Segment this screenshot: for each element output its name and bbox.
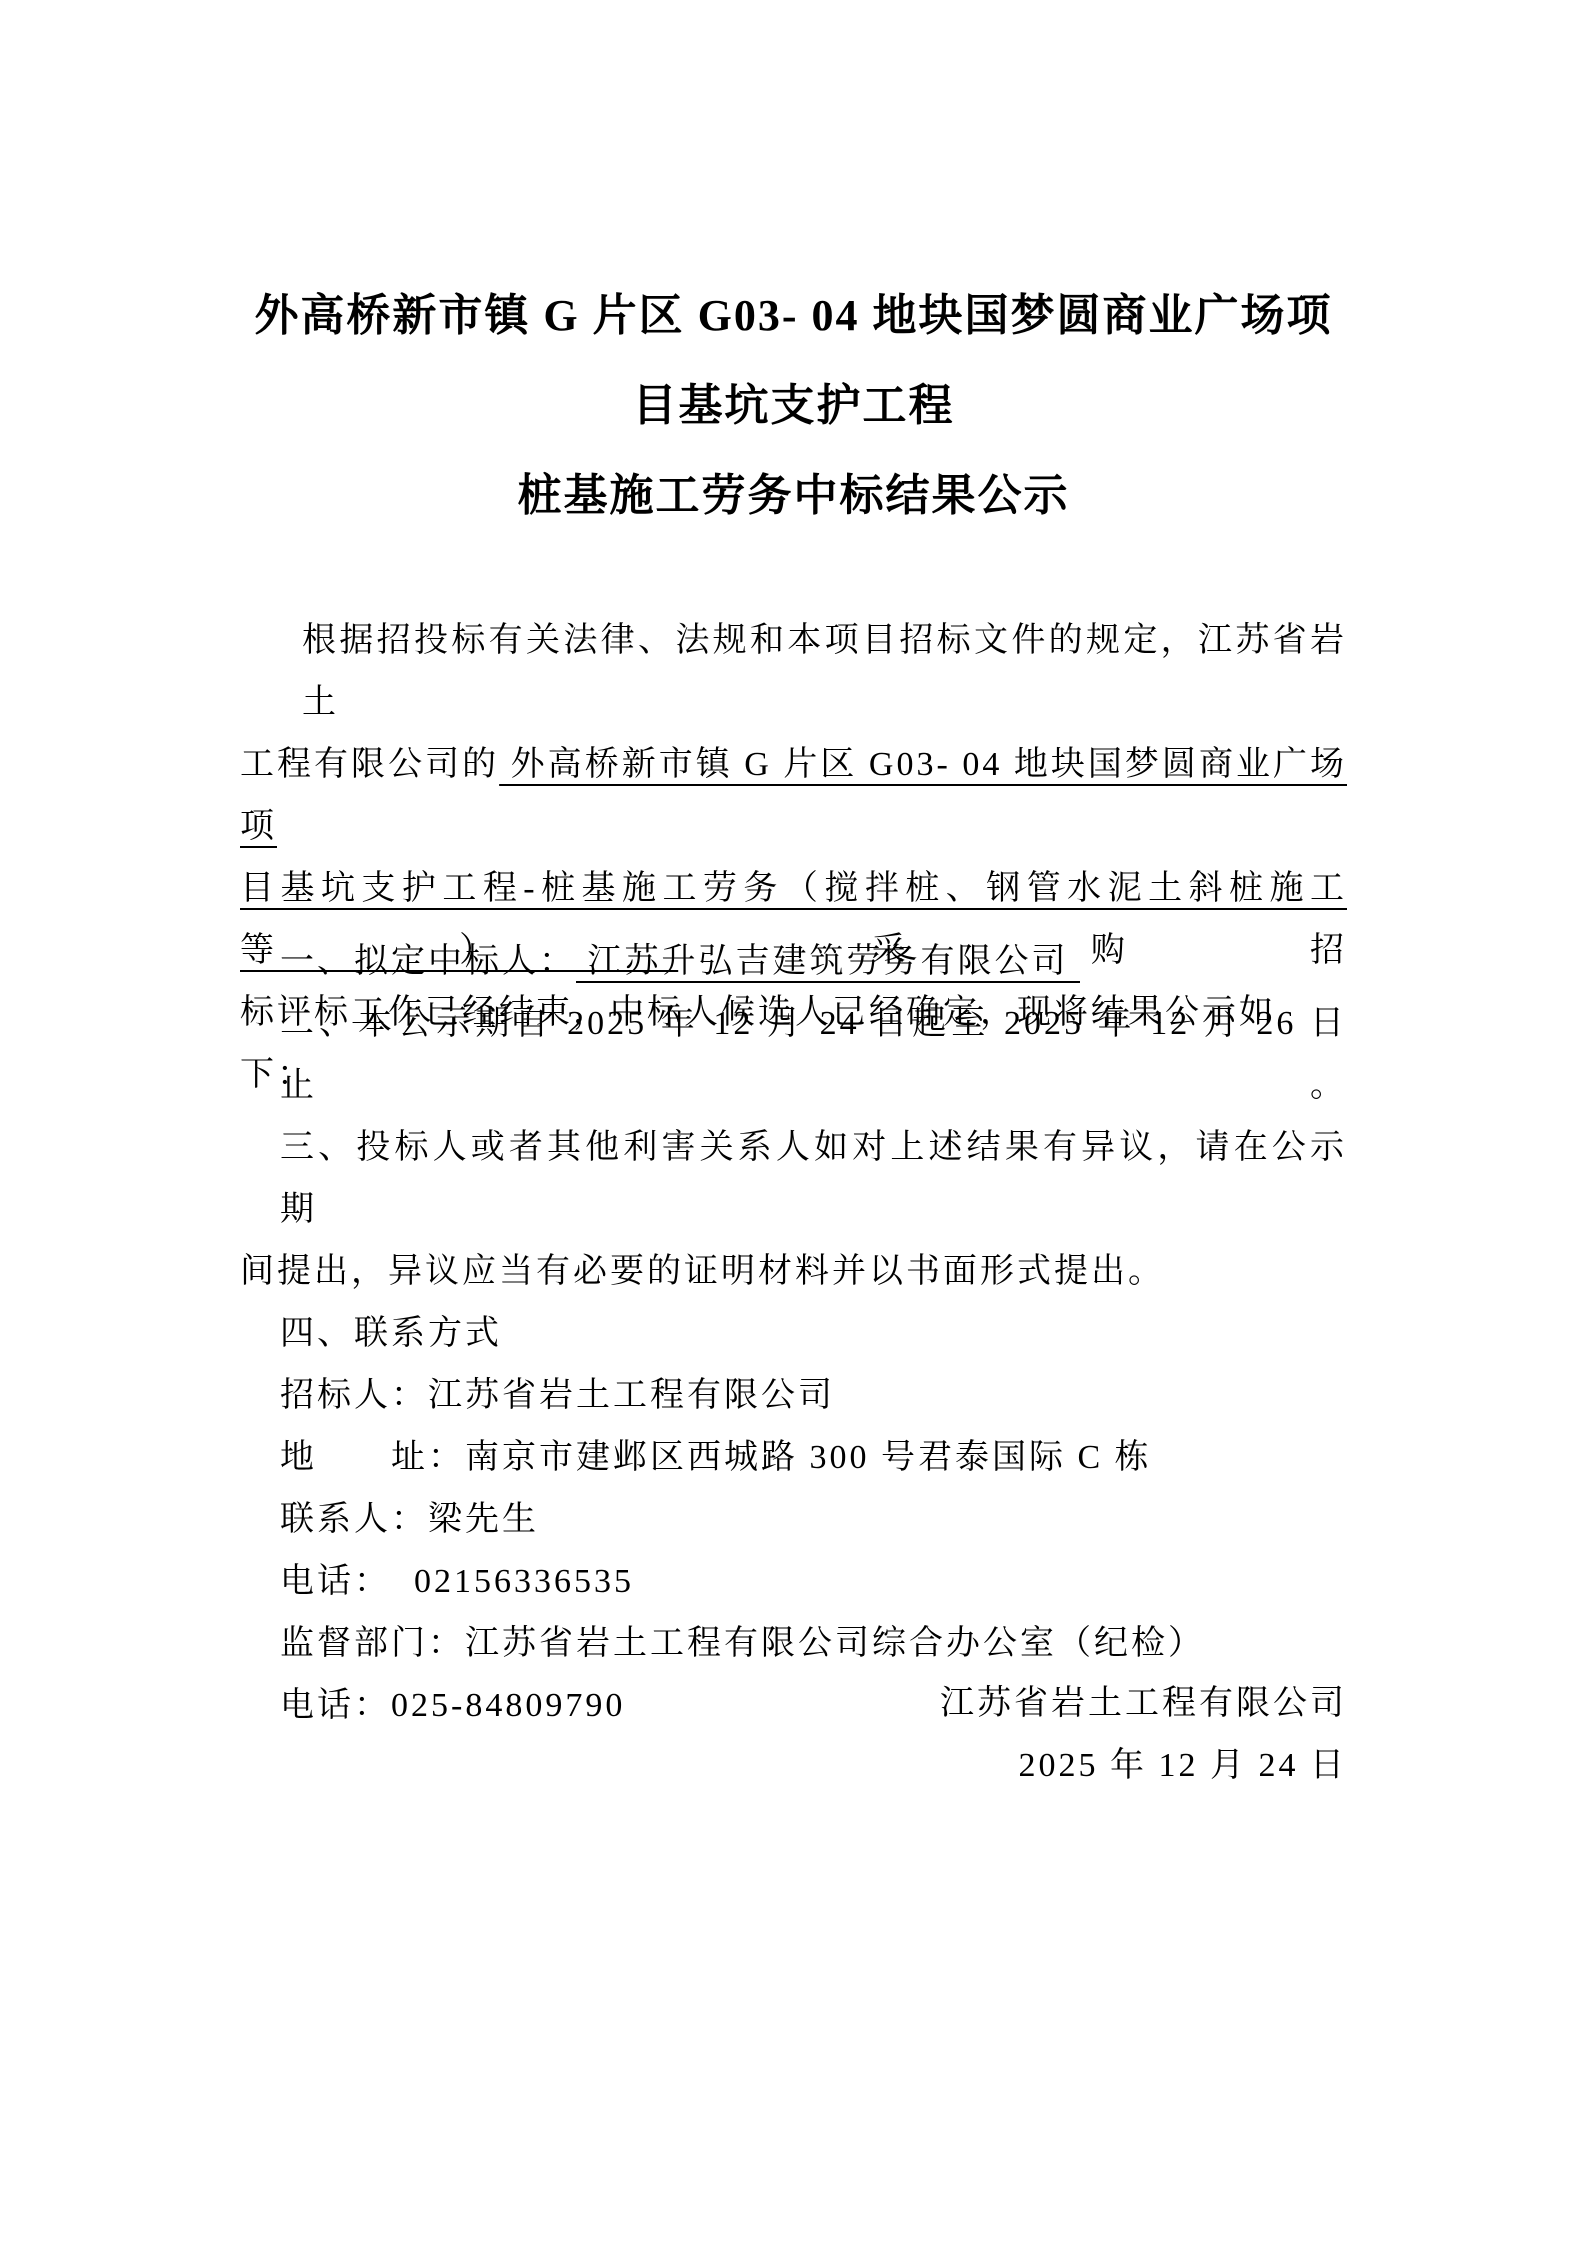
item-4-contact-heading: 四、联系方式	[240, 1303, 1347, 1365]
title-line-1: 外高桥新市镇 G 片区 G03- 04 地块国梦圆商业广场项	[240, 271, 1347, 361]
tenderer-line: 招标人：江苏省岩土工程有限公司	[240, 1365, 1347, 1427]
item-1-label: 一、拟定中标人：	[280, 943, 576, 980]
item-3-objection-line-2: 间提出，异议应当有必要的证明材料并以书面形式提出。	[240, 1241, 1347, 1303]
item-1-winner-line: 一、拟定中标人： 江苏升弘吉建筑劳务有限公司	[240, 931, 1347, 993]
signature-block: 江苏省岩土工程有限公司 2025 年 12 月 24 日	[240, 1673, 1347, 1797]
document-page: 外高桥新市镇 G 片区 G03- 04 地块国梦圆商业广场项 目基坑支护工程 桩…	[0, 0, 1587, 2245]
supervision-department-line: 监督部门：江苏省岩土工程有限公司综合办公室（纪检）	[240, 1613, 1347, 1675]
document-title: 外高桥新市镇 G 片区 G03- 04 地块国梦圆商业广场项 目基坑支护工程 桩…	[240, 271, 1347, 541]
intro-line-2-plain: 工程有限公司的	[240, 746, 499, 783]
contact-person-line: 联系人：梁先生	[240, 1489, 1347, 1551]
result-items: 一、拟定中标人： 江苏升弘吉建筑劳务有限公司 二、本公示期自 2025 年 12…	[240, 931, 1347, 1737]
signature-date: 2025 年 12 月 24 日	[240, 1735, 1347, 1797]
title-line-3: 桩基施工劳务中标结果公示	[240, 451, 1347, 541]
phone-line: 电话： 02156336535	[240, 1551, 1347, 1613]
signature-company: 江苏省岩土工程有限公司	[240, 1673, 1347, 1735]
winner-name: 江苏升弘吉建筑劳务有限公司	[576, 943, 1080, 980]
item-2-publicity-period: 二、本公示期自 2025 年 12 月 24 日起至 2025 年 12 月 2…	[240, 993, 1347, 1117]
address-line: 地 址：南京市建邺区西城路 300 号君泰国际 C 栋	[240, 1427, 1347, 1489]
item-3-objection-line-1: 三、投标人或者其他利害关系人如对上述结果有异议，请在公示期	[240, 1117, 1347, 1241]
title-line-2: 目基坑支护工程	[240, 361, 1347, 451]
intro-line-1: 根据招投标有关法律、法规和本项目招标文件的规定，江苏省岩土	[240, 610, 1347, 734]
intro-line-2: 工程有限公司的 外高桥新市镇 G 片区 G03- 04 地块国梦圆商业广场项	[240, 734, 1347, 858]
